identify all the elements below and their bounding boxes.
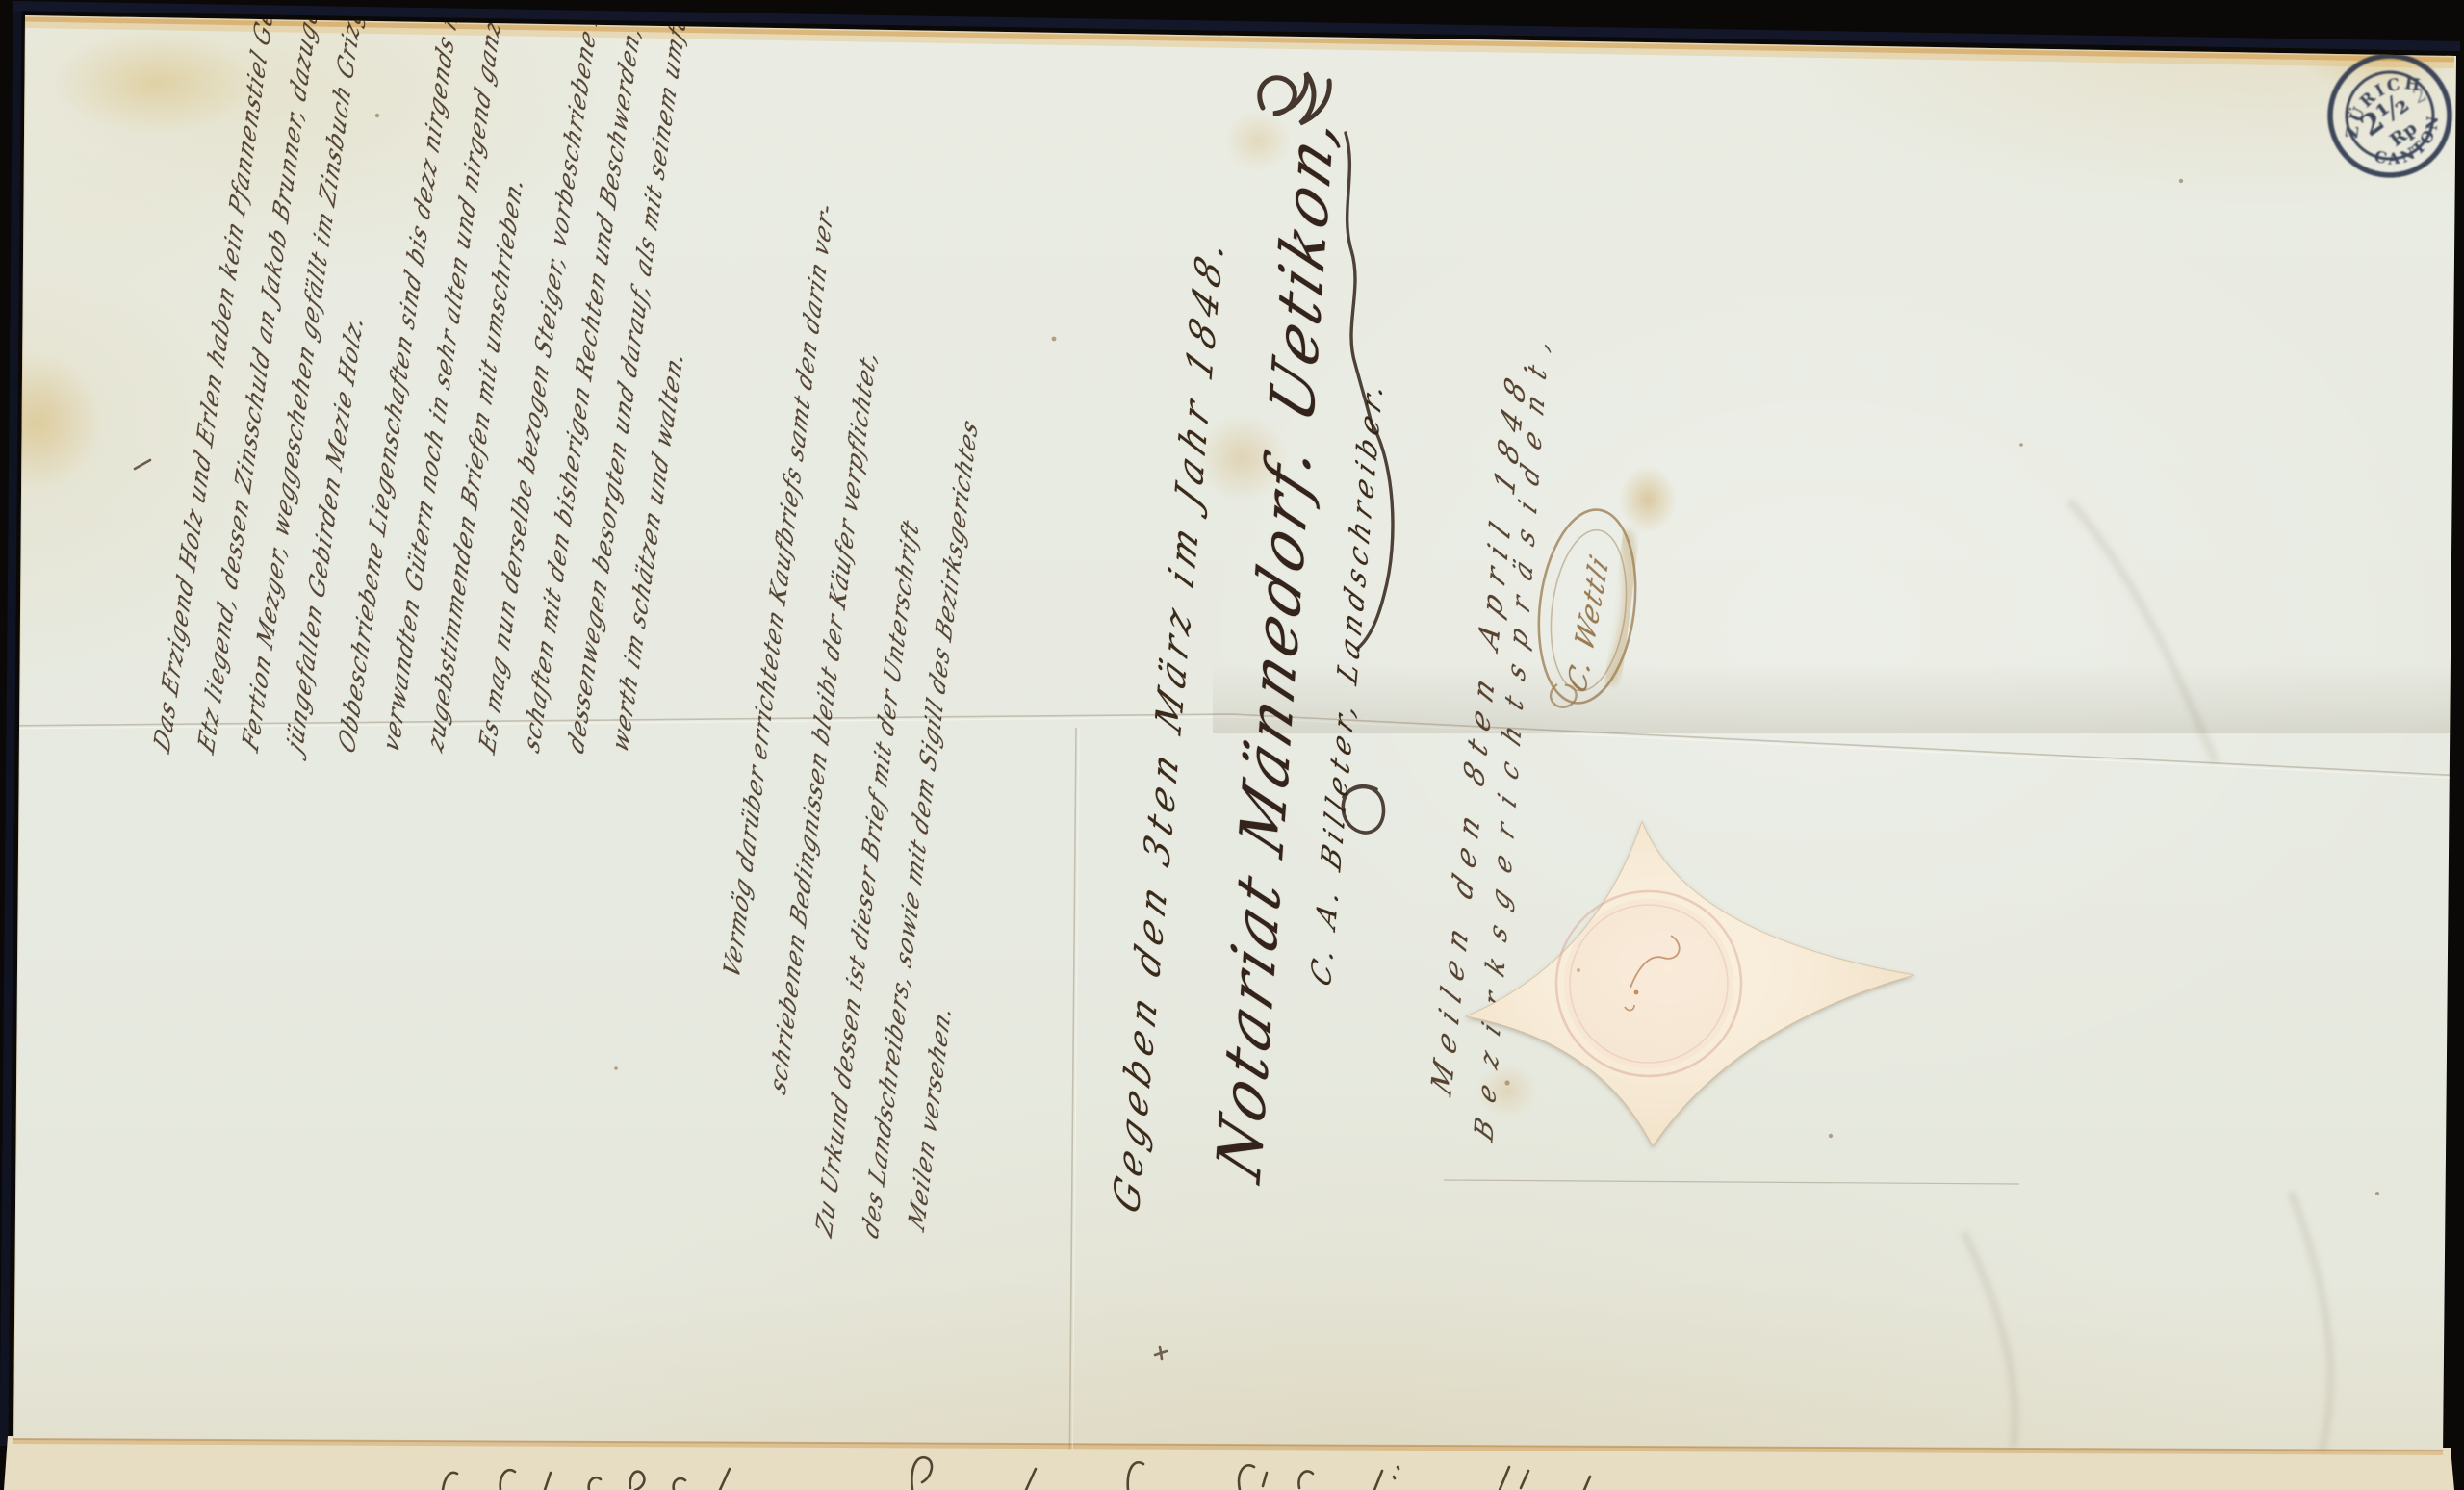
- photo-background: Das Erzigend Holz und Erlen haben kein P…: [0, 0, 2464, 1490]
- second-sheet-writing-fragments: [0, 0, 2464, 1490]
